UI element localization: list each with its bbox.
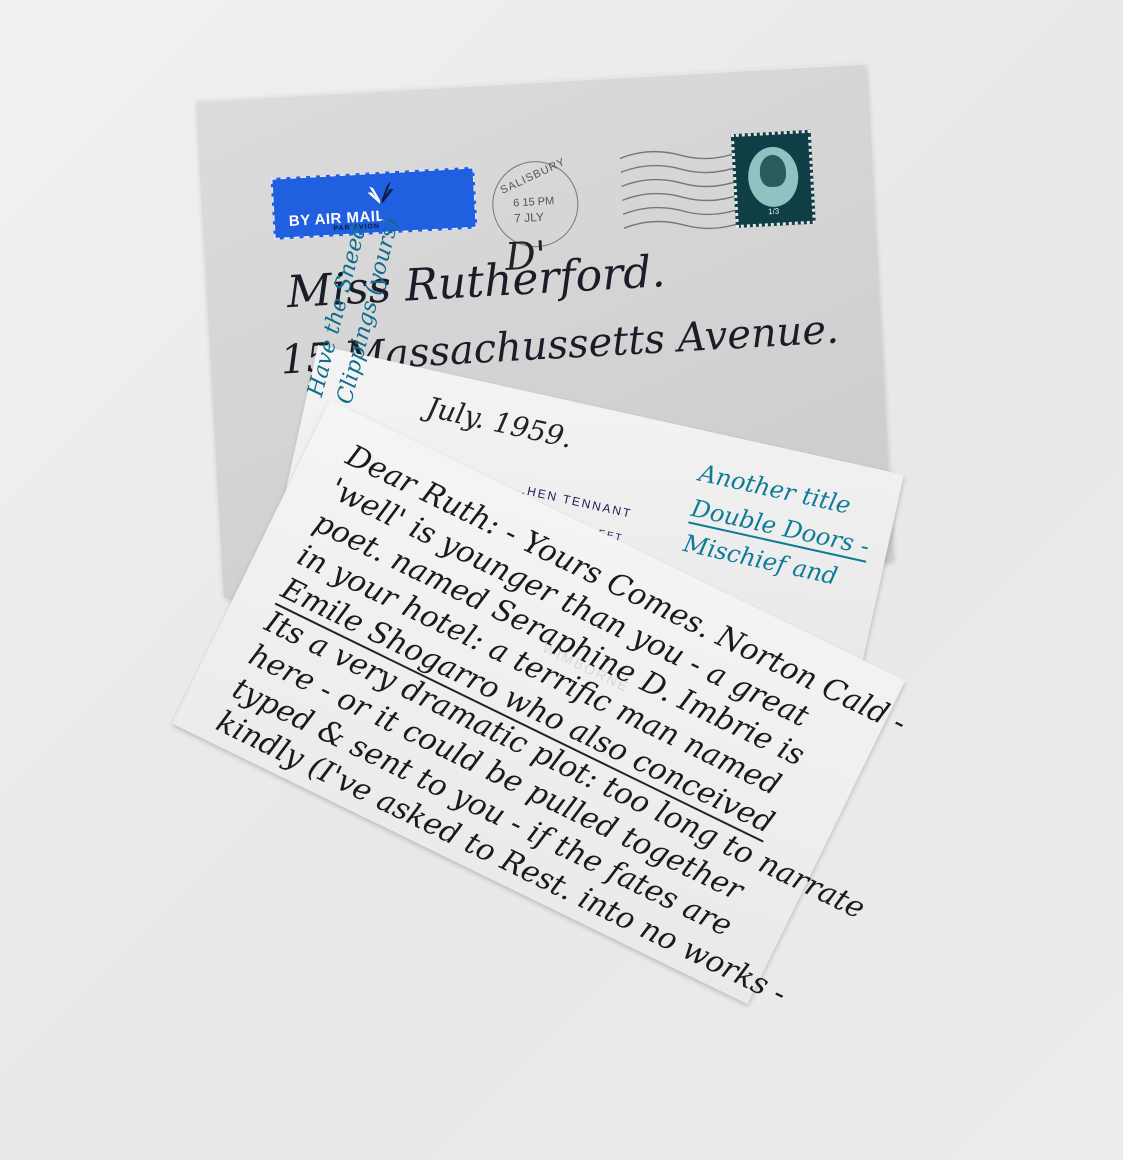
postmark-town: SALISBURY bbox=[499, 156, 568, 197]
postmark-time: 6 15 PM bbox=[513, 195, 555, 209]
blue-ink-note: Another title Double Doors - Mischief an… bbox=[680, 455, 881, 600]
postmark-date: 7 JLY bbox=[514, 210, 545, 226]
wings-icon bbox=[365, 179, 396, 207]
letter-date: July. 1959. bbox=[424, 390, 576, 454]
stamp-value: 1/3 bbox=[768, 207, 780, 217]
postage-stamp: 1/3 bbox=[731, 130, 816, 228]
